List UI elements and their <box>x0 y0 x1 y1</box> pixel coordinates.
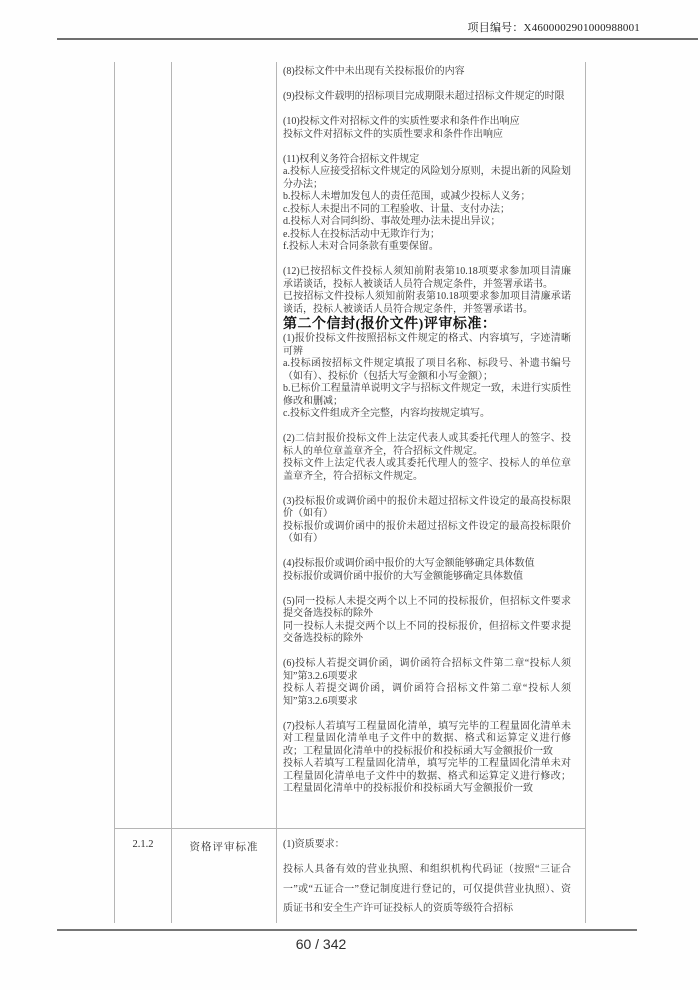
cell-criteria-content: (8)投标文件中未出现有关投标报价的内容(9)投标文件载明的招标项目完成期限未超… <box>277 62 585 828</box>
paragraph: 第二个信封(报价文件)评审标准： <box>283 316 571 333</box>
paragraph: (8)投标文件中未出现有关投标报价的内容 <box>283 66 571 79</box>
paragraph: 投标人具备有效的营业执照、和组织机构代码证（按照“三证合一”或“五证合一”登记制… <box>283 860 571 919</box>
paragraph: (2)二信封报价投标文件上法定代表人或其委托代理人的签字、投标人的单位章盖章齐全… <box>283 433 571 483</box>
cell-item-name: 资格评审标准 <box>172 829 277 923</box>
paragraph: (6)投标人若提交调价函，调价函符合招标文件第二章“投标人须知”第3.2.6项要… <box>283 658 571 708</box>
page-number: 60 / 342 <box>240 936 402 952</box>
paragraph: (1)资质要求： <box>283 838 571 852</box>
paragraph: (5)同一投标人未提交两个以上不同的投标报价，但招标文件要求提交备选投标的除外 … <box>283 596 571 646</box>
footer-rule <box>57 929 637 931</box>
paragraph: (10)投标文件对招标文件的实质性要求和条件作出响应 投标文件对招标文件的实质性… <box>283 116 571 141</box>
paragraph: (1)报价投标文件按照招标文件规定的格式、内容填写，字迹清晰可辨 a.投标函按招… <box>283 333 571 421</box>
paragraph: (9)投标文件载明的招标项目完成期限未超过招标文件规定的时限 <box>283 91 571 104</box>
cell-item-no: 2.1.2 <box>115 829 172 923</box>
table-row-continued: (8)投标文件中未出现有关投标报价的内容(9)投标文件载明的招标项目完成期限未超… <box>115 62 585 828</box>
paragraph: (11)权利义务符合招标文件规定 a.投标人应接受招标文件规定的风险划分原则，未… <box>283 154 571 254</box>
paragraph: (12)已按招标文件投标人须知前附表第10.18项要求参加项目清廉承诺谈话，投标… <box>283 266 571 316</box>
project-number: 项目编号：X4600002901000988001 <box>468 19 640 35</box>
paragraph: (4)投标报价或调价函中报价的大写金额能够确定具体数值 投标报价或调价函中报价的… <box>283 558 571 583</box>
cell-item-name <box>172 62 277 828</box>
paragraph: (3)投标报价或调价函中的报价未超过招标文件设定的最高投标限价（如有） 投标报价… <box>283 496 571 546</box>
cell-criteria-content: (1)资质要求：投标人具备有效的营业执照、和组织机构代码证（按照“三证合一”或“… <box>277 829 585 923</box>
cell-item-no <box>115 62 172 828</box>
table-row-qualification: 2.1.2 资格评审标准 (1)资质要求：投标人具备有效的营业执照、和组织机构代… <box>115 828 585 923</box>
document-page: 项目编号：X4600002901000988001 (8)投标文件中未出现有关投… <box>0 0 700 990</box>
paragraph: (7)投标人若填写工程量固化清单，填写完毕的工程量固化清单未对工程量固化清单电子… <box>283 721 571 796</box>
header-rule <box>57 38 698 40</box>
evaluation-criteria-table: (8)投标文件中未出现有关投标报价的内容(9)投标文件载明的招标项目完成期限未超… <box>114 62 586 923</box>
